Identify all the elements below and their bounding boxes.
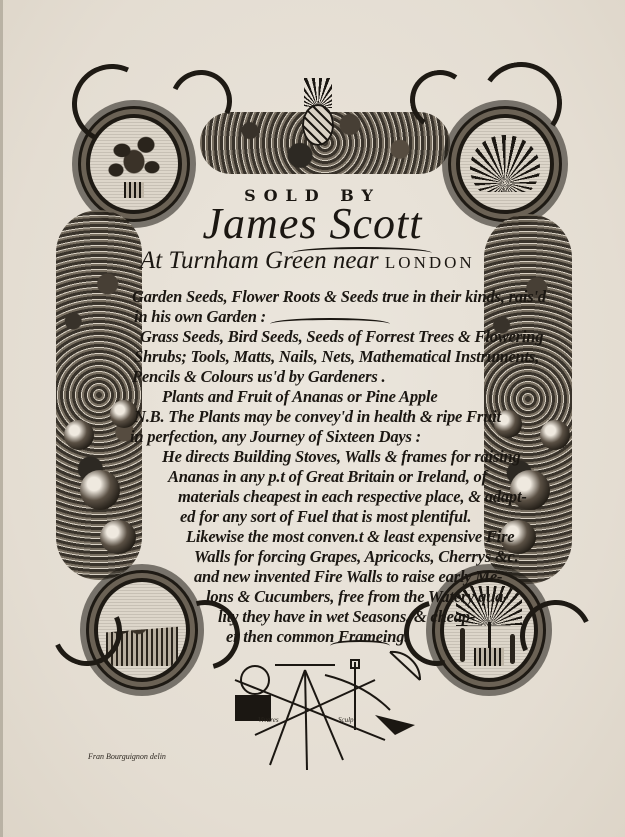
text-line: Garden Seeds, Flower Roots & Seeds true … <box>132 287 546 307</box>
fruit-icon <box>64 420 94 450</box>
fruit-icon <box>80 470 120 510</box>
text-line: Ananas in any p.t of Great Britain or Ir… <box>168 467 487 487</box>
text-line: materials cheapest in each respective pl… <box>178 487 527 507</box>
fruit-icon <box>100 520 136 554</box>
text-line: in his own Garden : <box>134 307 266 327</box>
text-line: He directs Building Stoves, Walls & fram… <box>162 447 521 467</box>
text-line: Walls for forcing Grapes, Apricocks, Che… <box>194 547 519 567</box>
text-line: lity they have in wet Seasons, & cheap- <box>218 607 475 627</box>
engraver-credit-sculp: Sculp <box>338 716 354 724</box>
text-line: Plants and Fruit of Ananas or Pine Apple <box>162 387 437 407</box>
engraver-credit: Vivares <box>258 716 279 724</box>
text-line: Pencils & Colours us'd by Gardeners . <box>132 367 385 387</box>
text-line: Grass Seeds, Bird Seeds, Seeds of Forres… <box>140 327 543 347</box>
text-line: N.B. The Plants may be convey'd in healt… <box>134 407 501 427</box>
calligraphic-flourish <box>292 247 432 259</box>
text-line: ed for any sort of Fuel that is most ple… <box>180 507 471 527</box>
flower-pot-icon <box>474 648 504 666</box>
text-line: Shrubs; Tools, Matts, Nails, Nets, Mathe… <box>134 347 539 367</box>
cactus-icon <box>510 634 515 664</box>
calligraphic-flourish <box>330 640 390 652</box>
pineapple-icon <box>298 78 338 146</box>
designer-signature: Fran Bourguignon delin <box>88 752 166 761</box>
tools-trophy-icon <box>215 640 435 785</box>
text-line: lons & Cucumbers, free from the Watery q… <box>206 587 508 607</box>
scan-edge <box>0 0 3 837</box>
fruit-icon <box>540 420 570 450</box>
text-line: in perfection, any Journey of Sixteen Da… <box>130 427 421 447</box>
merchant-name: James Scott <box>0 198 625 249</box>
text-line: Likewise the most conven.t & least expen… <box>186 527 514 547</box>
text-line: and new invented Fire Walls to raise ear… <box>194 567 502 587</box>
calligraphic-flourish <box>270 318 390 330</box>
